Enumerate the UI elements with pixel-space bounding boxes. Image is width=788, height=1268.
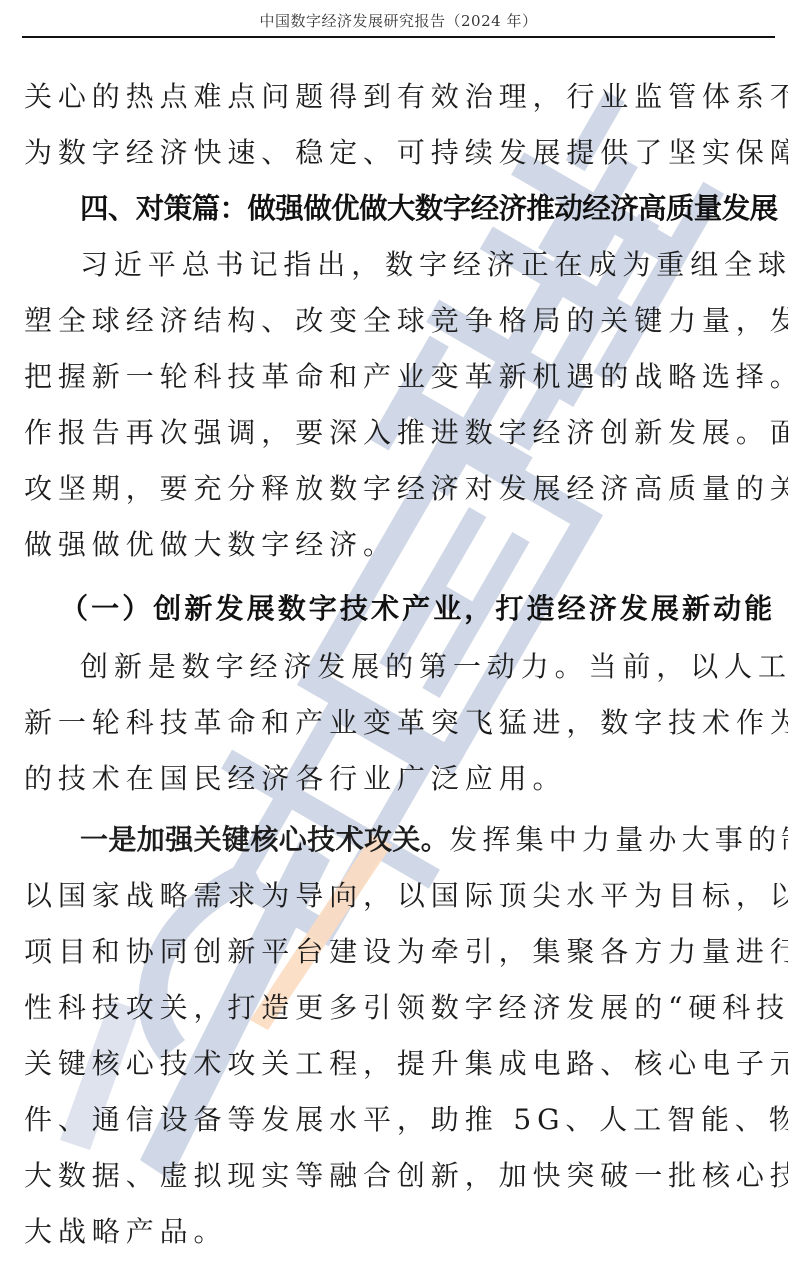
paragraph-line: 做强做优做大数字经济。 bbox=[24, 525, 768, 565]
paragraph-line: 以国家战略需求为导向，以国际顶尖水平为目标，以国家大型科技 bbox=[24, 876, 768, 916]
paragraph-line: 习近平总书记指出，数字经济正在成为重组全球要素资源、重 bbox=[80, 245, 768, 285]
paragraph-line: 关键核心技术攻关工程，提升集成电路、核心电子元器件、关键软 bbox=[24, 1044, 768, 1084]
paragraph-line: 创新是数字经济发展的第一动力。当前，以人工智能为代表的 bbox=[80, 647, 768, 687]
point-one-lead: 一是加强关键核心技术攻关。 bbox=[80, 823, 449, 856]
paragraph-line: 件、通信设备等发展水平，助推 5G、人工智能、物联网、云计算、 bbox=[24, 1100, 768, 1140]
paragraph-line: 大战略产品。 bbox=[24, 1212, 768, 1252]
point-one-first-line-rest: 发挥集中力量办大事的制度优势， bbox=[449, 823, 788, 856]
paragraph-line: 为数字经济快速、稳定、可持续发展提供了坚实保障。 bbox=[24, 133, 768, 173]
paragraph-line: 的技术在国民经济各行业广泛应用。 bbox=[24, 759, 768, 799]
paragraph-line: 大数据、虚拟现实等融合创新，加快突破一批核心技术和标志性重 bbox=[24, 1156, 768, 1196]
paragraph-line: 把握新一轮科技革命和产业变革新机遇的战略选择。2024 年政府工 bbox=[24, 357, 768, 397]
paragraph-line: 性科技攻关，打造更多引领数字经济发展的“硬科技”。统筹实施 bbox=[24, 988, 768, 1028]
paragraph-line: 项目和协同创新平台建设为牵引，集聚各方力量进行原创性、引领 bbox=[24, 932, 768, 972]
point-one-first-line: 一是加强关键核心技术攻关。发挥集中力量办大事的制度优势， bbox=[80, 820, 768, 860]
paragraph-line: 攻坚期，要充分释放数字经济对发展经济高质量的关键支撑作用， bbox=[24, 469, 768, 509]
section-heading: 四、对策篇：做强做优做大数字经济推动经济高质量发展 bbox=[80, 188, 770, 230]
paragraph-line: 塑全球经济结构、改变全球竞争格局的关键力量，发展数字经济是 bbox=[24, 301, 768, 341]
paragraph-line: 新一轮科技革命和产业变革突飞猛进，数字技术作为典型的通用目 bbox=[24, 703, 768, 743]
subsection-heading: （一）创新发展数字技术产业，打造经济发展新动能 bbox=[60, 588, 760, 630]
paragraph-line: 作报告再次强调，要深入推进数字经济创新发展。面向“十四五” bbox=[24, 413, 768, 453]
document-body: 关心的热点难点问题得到有效治理，行业监管体系不断建立完善， 为数字经济快速、稳定… bbox=[0, 0, 788, 1268]
paragraph-line: 关心的热点难点问题得到有效治理，行业监管体系不断建立完善， bbox=[24, 77, 768, 117]
